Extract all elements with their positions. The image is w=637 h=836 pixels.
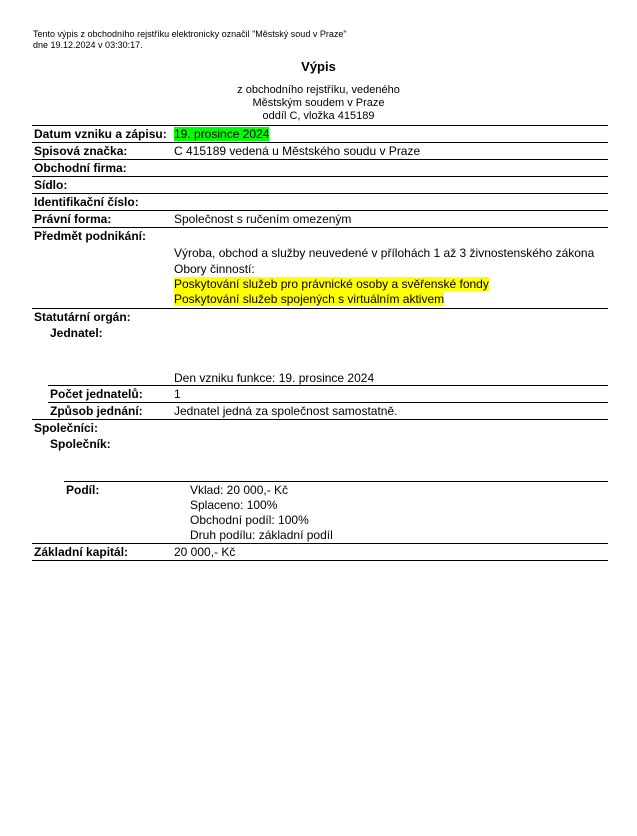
value-pravni-forma: Společnost s ručením omezeným [174, 212, 351, 226]
divider [48, 385, 608, 386]
document-title: Výpis [0, 59, 637, 74]
value-pocet-jednatelu: 1 [174, 387, 181, 401]
divider [32, 176, 608, 177]
label-zakladni-kapital: Základní kapitál: [34, 545, 128, 559]
predmet-line: Obory činností: [174, 262, 255, 276]
signature-date: dne 19.12.2024 v 03:30:17. [33, 40, 143, 51]
divider [32, 125, 608, 126]
divider [64, 481, 608, 482]
value-zpusob-jednani: Jednatel jedná za společnost samostatně. [174, 404, 397, 418]
label-spolecnici: Společníci: [34, 421, 98, 435]
label-podil: Podíl: [66, 483, 99, 497]
value-spisova-znacka: C 415189 vedená u Městského soudu v Praz… [174, 144, 420, 158]
label-identifikacni-cislo: Identifikační číslo: [34, 195, 139, 209]
electronic-signature-note: Tento výpis z obchodního rejstříku elekt… [33, 29, 347, 40]
label-pocet-jednatelu: Počet jednatelů: [50, 387, 143, 401]
label-pravni-forma: Právní forma: [34, 212, 111, 226]
label-jednatel: Jednatel: [50, 326, 103, 340]
podil-line: Vklad: 20 000,- Kč [190, 483, 288, 497]
podil-line: Obchodní podíl: 100% [190, 513, 309, 527]
label-zpusob-jednani: Způsob jednání: [50, 404, 143, 418]
label-spisova-znacka: Spisová značka: [34, 144, 127, 158]
divider [32, 227, 608, 228]
subtitle-line-2: Městským soudem v Praze [0, 97, 637, 110]
divider [32, 210, 608, 211]
divider [32, 560, 608, 561]
divider [32, 543, 608, 544]
predmet-line: Výroba, obchod a služby neuvedené v příl… [174, 246, 594, 260]
value-den-vzniku-funkce: Den vzniku funkce: 19. prosince 2024 [174, 371, 374, 385]
label-sidlo: Sídlo: [34, 178, 67, 192]
label-statutarni-organ: Statutární orgán: [34, 310, 131, 324]
podil-line: Druh podílu: základní podíl [190, 528, 333, 542]
label-predmet-podnikani: Předmět podnikání: [34, 229, 146, 243]
podil-line: Splaceno: 100% [190, 498, 277, 512]
divider [32, 142, 608, 143]
divider [32, 308, 608, 309]
subtitle-line-1: z obchodního rejstříku, vedeného [0, 84, 637, 97]
label-datum-vzniku: Datum vzniku a zápisu: [34, 127, 167, 141]
divider [32, 159, 608, 160]
divider [32, 419, 608, 420]
divider [32, 193, 608, 194]
label-spolecnik: Společník: [50, 437, 111, 451]
label-obchodni-firma: Obchodní firma: [34, 161, 127, 175]
divider [48, 402, 608, 403]
predmet-line-highlighted: Poskytování služeb pro právnické osoby a… [174, 277, 489, 291]
value-zakladni-kapital: 20 000,- Kč [174, 545, 235, 559]
predmet-line-highlighted: Poskytování služeb spojených s virtuální… [174, 292, 444, 306]
subtitle-line-3: oddíl C, vložka 415189 [0, 110, 637, 123]
value-datum-vzniku: 19. prosince 2024 [174, 127, 269, 141]
